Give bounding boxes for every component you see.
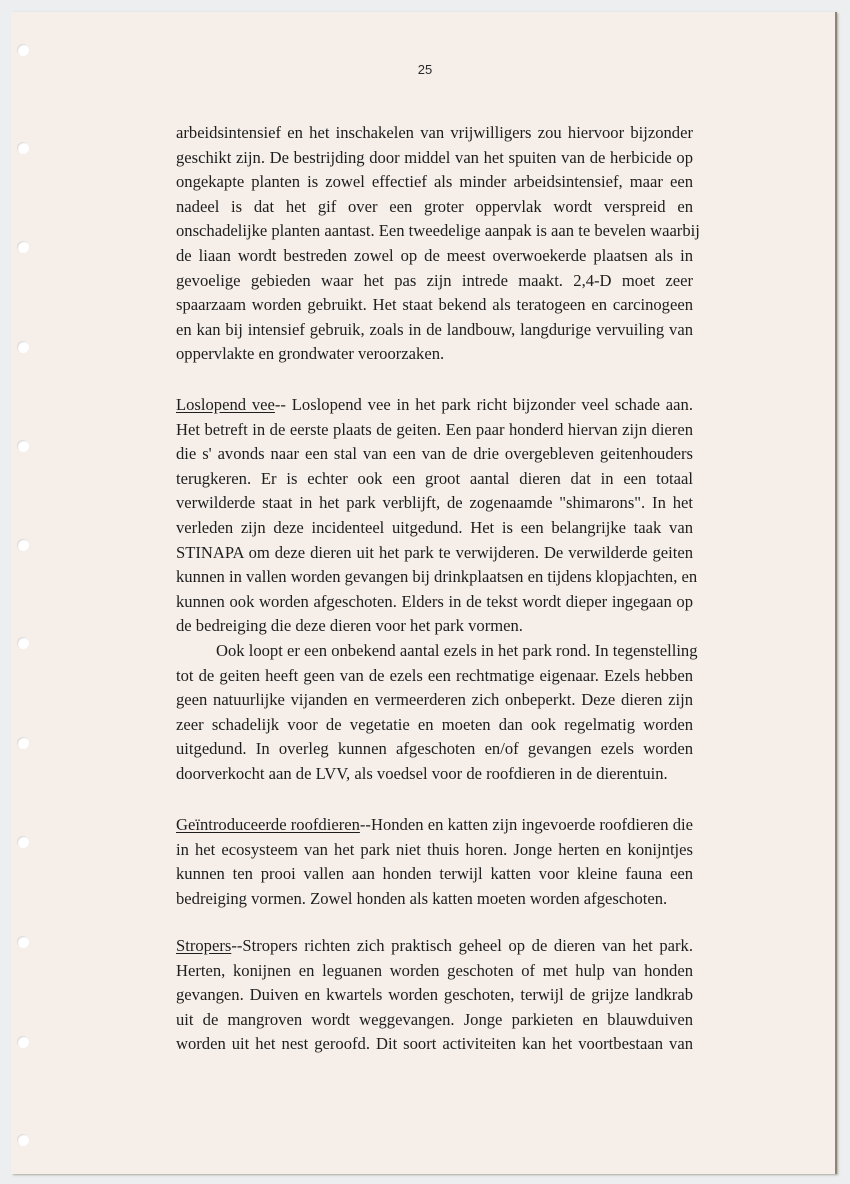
text-line: de bedreiging die deze dieren voor het p… <box>176 614 693 639</box>
punch-hole-icon <box>17 142 29 154</box>
text-line: en kan bij intensief gebruik, zoals in d… <box>176 318 693 343</box>
text-line: bedreiging vormen. Zowel honden als katt… <box>176 887 693 912</box>
text-line: die s' avonds naar een stal van een van … <box>176 442 693 467</box>
text-line: Stropers--Stropers richten zich praktisc… <box>176 934 693 959</box>
text-line: uitgedund. In overleg kunnen afgeschoten… <box>176 737 693 762</box>
text-line: Loslopend vee-- Loslopend vee in het par… <box>176 393 693 418</box>
text-line: uit de mangroven wordt weggevangen. Jong… <box>176 1008 693 1033</box>
text-line: worden uit het nest geroofd. Dit soort a… <box>176 1032 693 1057</box>
punch-hole-icon <box>17 936 29 948</box>
text-line: tot de geiten heeft geen van de ezels ee… <box>176 664 693 689</box>
punch-hole-icon <box>17 836 29 848</box>
text-run: --Stropers richten zich praktisch geheel… <box>231 936 693 955</box>
text-line: geschikt zijn. De bestrijding door midde… <box>176 146 693 171</box>
text-line: zeer schadelijk voor de vegetatie en moe… <box>176 713 693 738</box>
text-line: nadeel is dat het gif over een groter op… <box>176 195 693 220</box>
text-line: kunnen in vallen worden gevangen bij dri… <box>176 565 693 590</box>
text-line: geen natuurlijke vijanden en vermeerdere… <box>176 688 693 713</box>
text-line: gevoelige gebieden waar het pas zijn int… <box>176 269 693 294</box>
text-line: Het betreft in de eerste plaats de geite… <box>176 418 693 443</box>
punch-hole-icon <box>17 737 29 749</box>
text-line: Geïntroduceerde roofdieren--Honden en ka… <box>176 813 693 838</box>
punch-hole-icon <box>17 539 29 551</box>
text-line: doorverkocht aan de LVV, als voedsel voo… <box>176 762 693 787</box>
paragraph-herbicide: arbeidsintensief en het inschakelen van … <box>176 121 693 367</box>
text-line: Herten, konijnen en leguanen worden gesc… <box>176 959 693 984</box>
section-heading-roofdieren: Geïntroduceerde roofdieren <box>176 815 360 834</box>
page-edge <box>835 12 837 1174</box>
punch-hole-icon <box>17 241 29 253</box>
punch-hole-icon <box>17 440 29 452</box>
text-line: arbeidsintensief en het inschakelen van … <box>176 121 693 146</box>
punch-hole-icon <box>17 1036 29 1048</box>
text-line: Ook loopt er een onbekend aantal ezels i… <box>176 639 693 664</box>
text-line: STINAPA om deze dieren uit het park te v… <box>176 541 693 566</box>
text-line: verwilderde staat in het park verblijft,… <box>176 491 693 516</box>
text-line: ongekapte planten is zowel effectief als… <box>176 170 693 195</box>
text-line: gevangen. Duiven en kwartels worden gesc… <box>176 983 693 1008</box>
text-run: -- Loslopend vee in het park richt bijzo… <box>275 395 693 414</box>
page-number: 25 <box>0 62 850 77</box>
punch-hole-icon <box>17 44 29 56</box>
section-heading-loslopend-vee: Loslopend vee <box>176 395 275 414</box>
paragraph-ezels: Ook loopt er een onbekend aantal ezels i… <box>176 639 693 787</box>
text-line: kunnen ten prooi vallen aan honden terwi… <box>176 862 693 887</box>
text-line: onschadelijke planten aantast. Een tweed… <box>176 219 693 244</box>
paragraph-stropers: Stropers--Stropers richten zich praktisc… <box>176 934 693 1057</box>
text-line: terugkeren. Er is echter ook een groot a… <box>176 467 693 492</box>
paragraph-roofdieren: Geïntroduceerde roofdieren--Honden en ka… <box>176 813 693 911</box>
punch-hole-icon <box>17 1134 29 1146</box>
section-heading-stropers: Stropers <box>176 936 231 955</box>
text-line: spaarzaam worden gebruikt. Het staat bek… <box>176 293 693 318</box>
text-line: oppervlakte en grondwater veroorzaken. <box>176 342 693 367</box>
paragraph-loslopend-vee: Loslopend vee-- Loslopend vee in het par… <box>176 393 693 639</box>
text-line: de liaan wordt bestreden zowel op de mee… <box>176 244 693 269</box>
text-line: kunnen ook worden afgeschoten. Elders in… <box>176 590 693 615</box>
text-line: in het ecosysteem van het park niet thui… <box>176 838 693 863</box>
punch-hole-icon <box>17 637 29 649</box>
text-line: verleden zijn deze incidenteel uitgedund… <box>176 516 693 541</box>
text-run: --Honden en katten zijn ingevoerde roofd… <box>360 815 693 834</box>
punch-hole-icon <box>17 341 29 353</box>
